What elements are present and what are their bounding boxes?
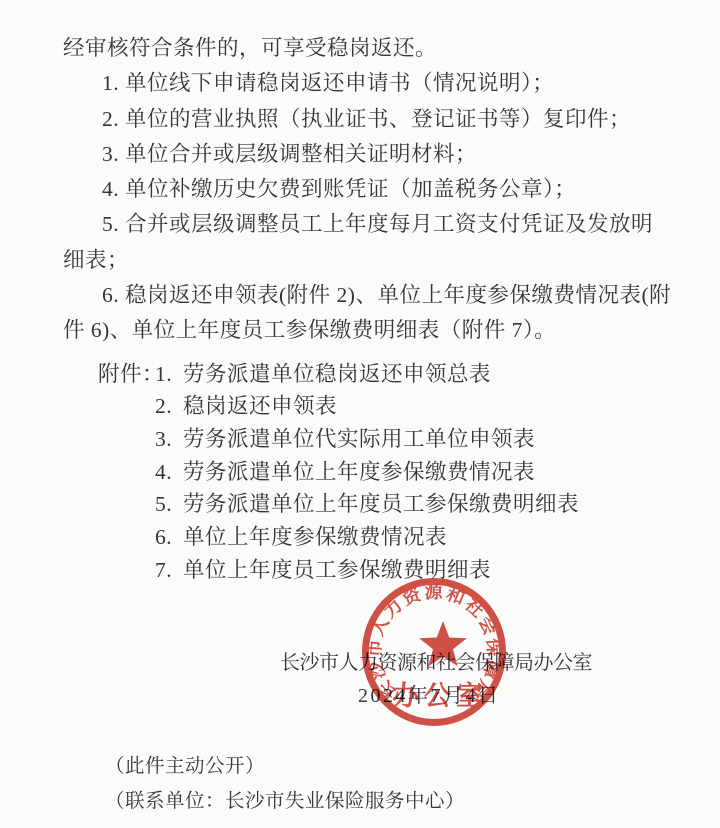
attachments-label-spacer bbox=[98, 521, 155, 554]
attachment-row: 4. 劳务派遣单位上年度参保缴费情况表 bbox=[63, 456, 720, 489]
attachment-number: 3. bbox=[155, 423, 183, 456]
attachment-number: 5. bbox=[155, 488, 183, 521]
attachments-label: 附件： bbox=[98, 358, 155, 391]
attachment-number: 1. bbox=[155, 358, 183, 391]
document-content: 经审核符合条件的，可享受稳岗返还。 1. 单位线下申请稳岗返还申请书（情况说明）… bbox=[0, 0, 720, 819]
body-paragraphs: 经审核符合条件的，可享受稳岗返还。 1. 单位线下申请稳岗返还申请书（情况说明）… bbox=[63, 31, 720, 349]
body-line: 6. 稳岗返还申领表(附件 2)、单位上年度参保缴费情况表(附 bbox=[63, 278, 720, 313]
attachment-number: 4. bbox=[155, 456, 183, 489]
body-line: 3. 单位合并或层级调整相关证明材料； bbox=[63, 137, 720, 172]
attachment-title: 劳务派遣单位上年度参保缴费情况表 bbox=[183, 456, 535, 489]
star-icon bbox=[419, 621, 467, 666]
attachment-list: 附件： 1. 劳务派遣单位稳岗返还申领总表 2. 稳岗返还申领表 3. 劳务派遣… bbox=[63, 358, 720, 587]
footer-notes: （此件主动公开） （联系单位：长沙市失业保险服务中心） bbox=[63, 749, 720, 819]
document-page: 经审核符合条件的，可享受稳岗返还。 1. 单位线下申请稳岗返还申请书（情况说明）… bbox=[0, 0, 720, 828]
official-seal: 长沙市人力资源和社会保障局 办公室 bbox=[362, 578, 506, 726]
attachments-label-spacer bbox=[98, 456, 155, 489]
body-line: 2. 单位的营业执照（执业证书、登记证书等）复印件； bbox=[63, 102, 720, 137]
attachments-label-spacer bbox=[98, 423, 155, 456]
attachment-title: 劳务派遣单位稳岗返还申领总表 bbox=[183, 358, 491, 391]
seal-office-text: 办公室 bbox=[392, 681, 488, 711]
attachment-row: 3. 劳务派遣单位代实际用工单位申领表 bbox=[63, 423, 720, 456]
body-line: 细表； bbox=[63, 243, 720, 278]
attachment-title: 单位上年度参保缴费情况表 bbox=[183, 521, 447, 554]
body-line: 1. 单位线下申请稳岗返还申请书（情况说明）； bbox=[63, 66, 720, 101]
attachment-row: 2. 稳岗返还申领表 bbox=[63, 390, 720, 423]
contact-note: （联系单位：长沙市失业保险服务中心） bbox=[105, 784, 720, 819]
body-line: 5. 合并或层级调整员工上年度每月工资支付凭证及发放明 bbox=[63, 207, 720, 242]
attachment-row: 5. 劳务派遣单位上年度员工参保缴费明细表 bbox=[63, 488, 720, 521]
attachment-number: 2. bbox=[155, 390, 183, 423]
attachment-number: 7. bbox=[155, 554, 183, 587]
attachment-title: 劳务派遣单位代实际用工单位申领表 bbox=[183, 423, 535, 456]
body-line: 件 6)、单位上年度员工参保缴费明细表（附件 7）。 bbox=[63, 313, 720, 348]
attachment-number: 6. bbox=[155, 521, 183, 554]
attachment-title: 劳务派遣单位上年度员工参保缴费明细表 bbox=[183, 488, 579, 521]
body-line: 4. 单位补缴历史欠费到账凭证（加盖税务公章）； bbox=[63, 172, 720, 207]
attachments-label-spacer bbox=[98, 390, 155, 423]
attachment-row: 6. 单位上年度参保缴费情况表 bbox=[63, 521, 720, 554]
attachments-label-spacer bbox=[98, 554, 155, 587]
attachment-title: 稳岗返还申领表 bbox=[183, 390, 337, 423]
attachments-label-spacer bbox=[98, 488, 155, 521]
disclosure-note: （此件主动公开） bbox=[105, 749, 720, 784]
body-line: 经审核符合条件的，可享受稳岗返还。 bbox=[63, 31, 720, 66]
attachment-row: 附件： 1. 劳务派遣单位稳岗返还申领总表 bbox=[63, 358, 720, 391]
